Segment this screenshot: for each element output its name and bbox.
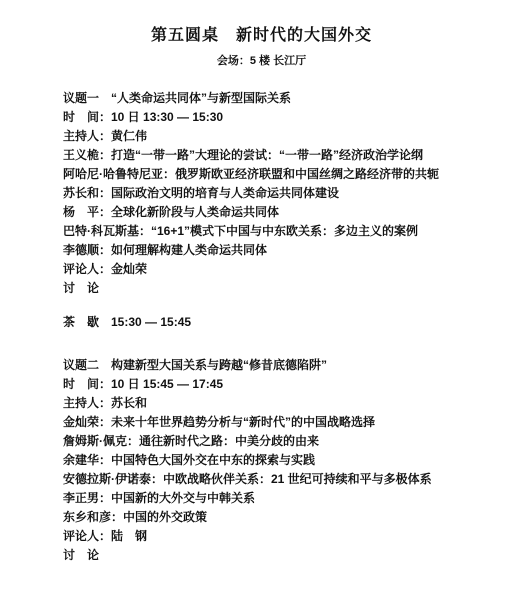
speaker-line: 安德拉斯·伊诺泰：中欧战略伙伴关系：21 世纪可持续和平与多极体系	[63, 470, 503, 489]
speaker-line: 余建华：中国特色大国外交在中东的探索与实践	[63, 451, 503, 470]
session2-time: 时 间：10 日 15:45 — 17:45	[63, 375, 503, 394]
speaker-line: 东乡和彦：中国的外交政策	[63, 508, 503, 527]
session2-discussion: 讨 论	[63, 546, 503, 565]
speaker-line: 王义桅：打造“一带一路”大理论的尝试：“一带一路”经济政治学论纲	[63, 146, 503, 165]
speaker-line: 阿哈尼·哈鲁特尼亚：俄罗斯欧亚经济联盟和中国丝绸之路经济带的共轭	[63, 165, 503, 184]
speaker-line: 李德顺：如何理解构建人类命运共同体	[63, 241, 503, 260]
tea-break-line: 茶 歇 15:30 — 15:45	[63, 313, 503, 332]
speaker-line: 詹姆斯·佩克：通往新时代之路：中美分歧的由来	[63, 432, 503, 451]
session1-commentator: 评论人：金灿荣	[63, 260, 503, 279]
session2-block: 议题二 构建新型大国关系与跨越“修昔底德陷阱” 时 间：10 日 15:45 —…	[63, 356, 503, 565]
speaker-line: 金灿荣：未来十年世界趋势分析与“新时代”的中国战略选择	[63, 413, 503, 432]
speaker-line: 李正男：中国新的大外交与中韩关系	[63, 489, 503, 508]
session1-heading: 议题一 “人类命运共同体”与新型国际关系	[63, 89, 503, 108]
session2-commentator: 评论人：陆 钢	[63, 527, 503, 546]
program-content: 议题一 “人类命运共同体”与新型国际关系 时 间：10 日 13:30 — 15…	[63, 89, 503, 565]
session1-block: 议题一 “人类命运共同体”与新型国际关系 时 间：10 日 13:30 — 15…	[63, 89, 503, 298]
session1-discussion: 讨 论	[63, 279, 503, 298]
speaker-line: 巴特·科瓦斯基：“16+1”模式下中国与中东欧关系：多边主义的案例	[63, 222, 503, 241]
session1-moderator: 主持人：黄仁伟	[63, 127, 503, 146]
page-title: 第五圆桌 新时代的大国外交	[0, 0, 523, 45]
speaker-line: 杨 平：全球化新阶段与人类命运共同体	[63, 203, 503, 222]
session2-moderator: 主持人：苏长和	[63, 394, 503, 413]
speaker-line: 苏长和：国际政治文明的培育与人类命运共同体建设	[63, 184, 503, 203]
venue-line: 会场：5 楼 长江厅	[0, 52, 523, 68]
session1-time: 时 间：10 日 13:30 — 15:30	[63, 108, 503, 127]
session2-heading: 议题二 构建新型大国关系与跨越“修昔底德陷阱”	[63, 356, 503, 375]
program-page: 第五圆桌 新时代的大国外交 会场：5 楼 长江厅 议题一 “人类命运共同体”与新…	[0, 0, 523, 607]
